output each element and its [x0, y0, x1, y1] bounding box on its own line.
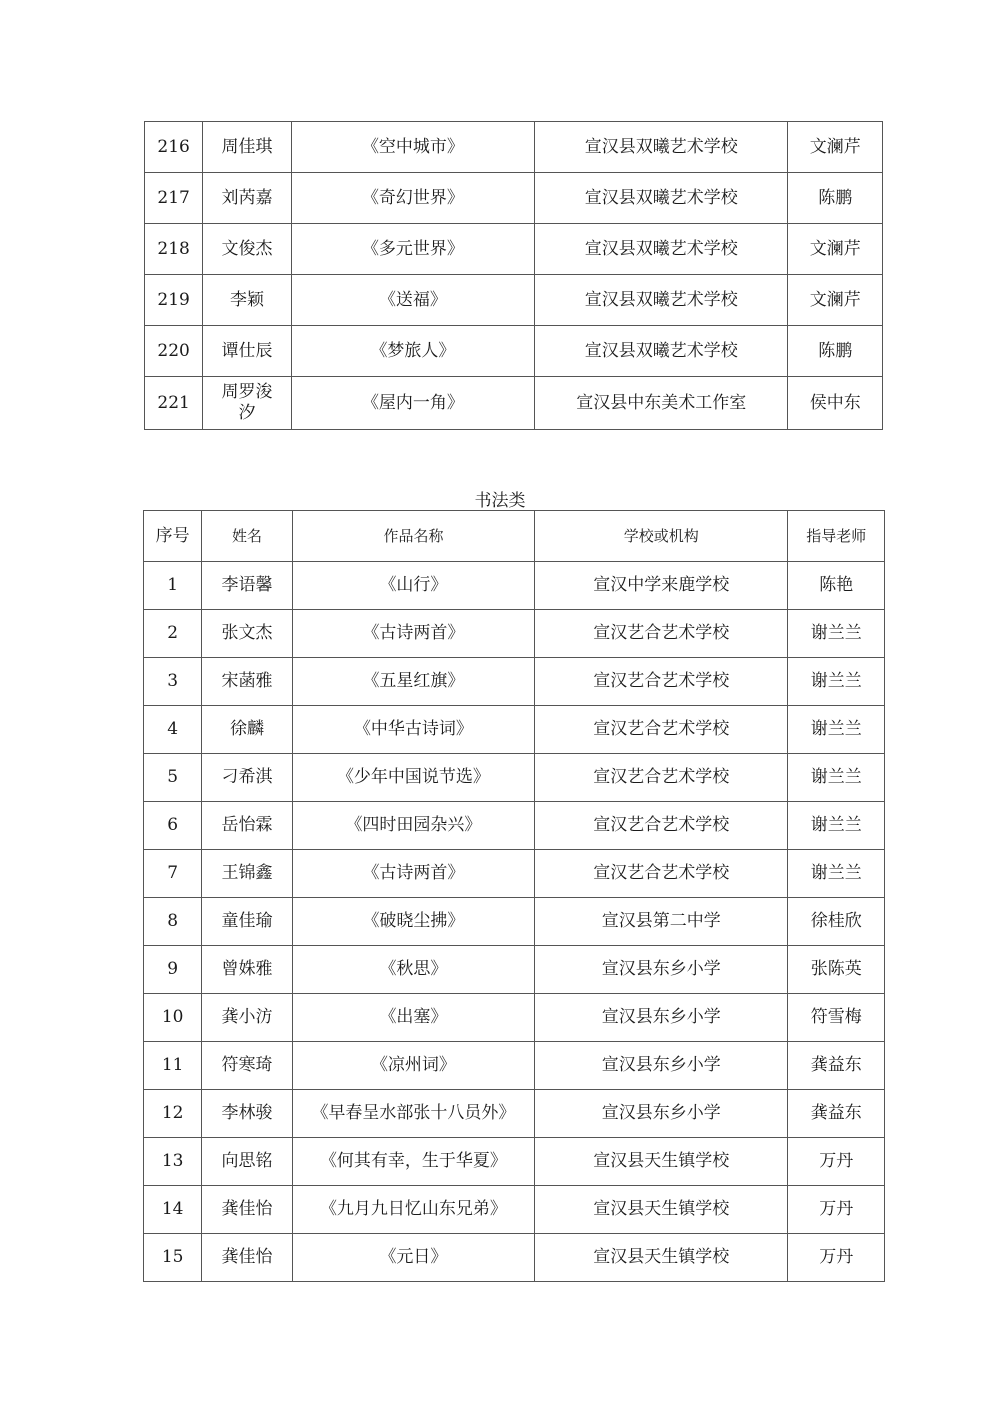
table-row: 221 周罗浚汐 《屋内一角》 宣汉县中东美术工作室 侯中东: [145, 377, 883, 430]
cell-no: 221: [145, 377, 203, 430]
cell-name: 李颖: [203, 275, 291, 326]
cell-no: 15: [144, 1234, 202, 1282]
cell-teacher: 谢兰兰: [788, 754, 885, 802]
cell-teacher: 文澜芹: [788, 122, 883, 173]
header-name: 姓名: [202, 511, 292, 562]
cell-no: 216: [145, 122, 203, 173]
cell-school: 宣汉艺合艺术学校: [535, 850, 788, 898]
table-row: 9 曾姝雅 《秋思》 宣汉县东乡小学 张陈英: [144, 946, 885, 994]
cell-no: 219: [145, 275, 203, 326]
table-row: 1 李语馨 《山行》 宣汉中学来鹿学校 陈艳: [144, 562, 885, 610]
cell-work: 《何其有幸，生于华夏》: [292, 1138, 534, 1186]
table-row: 13 向思铭 《何其有幸，生于华夏》 宣汉县天生镇学校 万丹: [144, 1138, 885, 1186]
cell-no: 2: [144, 610, 202, 658]
cell-no: 6: [144, 802, 202, 850]
cell-school: 宣汉艺合艺术学校: [535, 658, 788, 706]
cell-teacher: 陈艳: [788, 562, 885, 610]
cell-school: 宣汉县双曦艺术学校: [535, 173, 788, 224]
cell-work: 《梦旅人》: [291, 326, 534, 377]
cell-teacher: 符雪梅: [788, 994, 885, 1042]
cell-teacher: 文澜芹: [788, 275, 883, 326]
table-row: 220 谭仕辰 《梦旅人》 宣汉县双曦艺术学校 陈鹏: [145, 326, 883, 377]
cell-no: 5: [144, 754, 202, 802]
cell-name: 王锦鑫: [202, 850, 292, 898]
table-row: 217 刘芮嘉 《奇幻世界》 宣汉县双曦艺术学校 陈鹏: [145, 173, 883, 224]
cell-no: 7: [144, 850, 202, 898]
table-row: 12 李林骏 《早春呈水部张十八员外》 宣汉县东乡小学 龚益东: [144, 1090, 885, 1138]
cell-work: 《凉州词》: [292, 1042, 534, 1090]
cell-work: 《破晓尘拂》: [292, 898, 534, 946]
cell-no: 3: [144, 658, 202, 706]
cell-no: 220: [145, 326, 203, 377]
cell-name: 周罗浚汐: [203, 377, 291, 430]
cell-name: 符寒琦: [202, 1042, 292, 1090]
header-school: 学校或机构: [535, 511, 788, 562]
cell-name: 周佳琪: [203, 122, 291, 173]
cell-no: 11: [144, 1042, 202, 1090]
cell-work: 《多元世界》: [291, 224, 534, 275]
cell-school: 宣汉县东乡小学: [535, 1090, 788, 1138]
cell-teacher: 龚益东: [788, 1042, 885, 1090]
cell-name: 童佳瑜: [202, 898, 292, 946]
table-row: 11 符寒琦 《凉州词》 宣汉县东乡小学 龚益东: [144, 1042, 885, 1090]
cell-school: 宣汉中学来鹿学校: [535, 562, 788, 610]
cell-work: 《少年中国说节选》: [292, 754, 534, 802]
cell-name: 文俊杰: [203, 224, 291, 275]
cell-school: 宣汉县天生镇学校: [535, 1138, 788, 1186]
cell-no: 217: [145, 173, 203, 224]
cell-no: 10: [144, 994, 202, 1042]
cell-teacher: 谢兰兰: [788, 610, 885, 658]
table-row: 216 周佳琪 《空中城市》 宣汉县双曦艺术学校 文澜芹: [145, 122, 883, 173]
cell-name: 徐麟: [202, 706, 292, 754]
cell-no: 1: [144, 562, 202, 610]
cell-work: 《五星红旗》: [292, 658, 534, 706]
cell-name: 刁希淇: [202, 754, 292, 802]
cell-work: 《送福》: [291, 275, 534, 326]
cell-no: 218: [145, 224, 203, 275]
cell-no: 8: [144, 898, 202, 946]
cell-teacher: 徐桂欣: [788, 898, 885, 946]
table-row: 10 龚小汸 《出塞》 宣汉县东乡小学 符雪梅: [144, 994, 885, 1042]
cell-name: 张文杰: [202, 610, 292, 658]
painting-awards-table: 216 周佳琪 《空中城市》 宣汉县双曦艺术学校 文澜芹 217 刘芮嘉 《奇幻…: [144, 121, 883, 430]
cell-no: 13: [144, 1138, 202, 1186]
table-row: 218 文俊杰 《多元世界》 宣汉县双曦艺术学校 文澜芹: [145, 224, 883, 275]
cell-school: 宣汉县第二中学: [535, 898, 788, 946]
cell-teacher: 侯中东: [788, 377, 883, 430]
cell-name: 岳怡霖: [202, 802, 292, 850]
table-row: 14 龚佳怡 《九月九日忆山东兄弟》 宣汉县天生镇学校 万丹: [144, 1186, 885, 1234]
cell-name: 曾姝雅: [202, 946, 292, 994]
cell-school: 宣汉县天生镇学校: [535, 1234, 788, 1282]
cell-teacher: 陈鹏: [788, 326, 883, 377]
cell-work: 《中华古诗词》: [292, 706, 534, 754]
table-row: 5 刁希淇 《少年中国说节选》 宣汉艺合艺术学校 谢兰兰: [144, 754, 885, 802]
table-row: 2 张文杰 《古诗两首》 宣汉艺合艺术学校 谢兰兰: [144, 610, 885, 658]
cell-school: 宣汉县双曦艺术学校: [535, 275, 788, 326]
cell-name: 龚佳怡: [202, 1186, 292, 1234]
cell-work: 《空中城市》: [291, 122, 534, 173]
cell-work: 《古诗两首》: [292, 610, 534, 658]
table-row: 7 王锦鑫 《古诗两首》 宣汉艺合艺术学校 谢兰兰: [144, 850, 885, 898]
cell-name: 龚佳怡: [202, 1234, 292, 1282]
cell-work: 《九月九日忆山东兄弟》: [292, 1186, 534, 1234]
cell-work: 《早春呈水部张十八员外》: [292, 1090, 534, 1138]
header-no: 序号: [144, 511, 202, 562]
cell-teacher: 文澜芹: [788, 224, 883, 275]
cell-school: 宣汉县东乡小学: [535, 946, 788, 994]
cell-school: 宣汉县双曦艺术学校: [535, 224, 788, 275]
cell-name: 刘芮嘉: [203, 173, 291, 224]
cell-no: 9: [144, 946, 202, 994]
cell-name: 李语馨: [202, 562, 292, 610]
cell-no: 12: [144, 1090, 202, 1138]
cell-teacher: 万丹: [788, 1234, 885, 1282]
cell-teacher: 万丹: [788, 1186, 885, 1234]
cell-school: 宣汉县双曦艺术学校: [535, 122, 788, 173]
cell-school: 宣汉县中东美术工作室: [535, 377, 788, 430]
cell-no: 4: [144, 706, 202, 754]
cell-school: 宣汉县东乡小学: [535, 1042, 788, 1090]
table-row: 15 龚佳怡 《元日》 宣汉县天生镇学校 万丹: [144, 1234, 885, 1282]
cell-work: 《古诗两首》: [292, 850, 534, 898]
cell-name: 向思铭: [202, 1138, 292, 1186]
header-teacher: 指导老师: [788, 511, 885, 562]
cell-school: 宣汉县东乡小学: [535, 994, 788, 1042]
cell-work: 《元日》: [292, 1234, 534, 1282]
cell-school: 宣汉艺合艺术学校: [535, 610, 788, 658]
table-row: 3 宋菡雅 《五星红旗》 宣汉艺合艺术学校 谢兰兰: [144, 658, 885, 706]
cell-teacher: 陈鹏: [788, 173, 883, 224]
table-header-row: 序号 姓名 作品名称 学校或机构 指导老师: [144, 511, 885, 562]
cell-school: 宣汉县天生镇学校: [535, 1186, 788, 1234]
cell-school: 宣汉县双曦艺术学校: [535, 326, 788, 377]
cell-teacher: 谢兰兰: [788, 802, 885, 850]
table-row: 4 徐麟 《中华古诗词》 宣汉艺合艺术学校 谢兰兰: [144, 706, 885, 754]
cell-name: 龚小汸: [202, 994, 292, 1042]
cell-school: 宣汉艺合艺术学校: [535, 754, 788, 802]
section-title-calligraphy: 书法类: [0, 486, 1000, 511]
calligraphy-awards-table: 序号 姓名 作品名称 学校或机构 指导老师 1 李语馨 《山行》 宣汉中学来鹿学…: [143, 510, 885, 1282]
table-row: 6 岳怡霖 《四时田园杂兴》 宣汉艺合艺术学校 谢兰兰: [144, 802, 885, 850]
cell-work: 《奇幻世界》: [291, 173, 534, 224]
cell-name: 谭仕辰: [203, 326, 291, 377]
cell-teacher: 谢兰兰: [788, 850, 885, 898]
cell-no: 14: [144, 1186, 202, 1234]
cell-teacher: 龚益东: [788, 1090, 885, 1138]
cell-work: 《四时田园杂兴》: [292, 802, 534, 850]
header-work: 作品名称: [292, 511, 534, 562]
cell-work: 《出塞》: [292, 994, 534, 1042]
cell-teacher: 谢兰兰: [788, 658, 885, 706]
cell-name: 宋菡雅: [202, 658, 292, 706]
cell-name: 李林骏: [202, 1090, 292, 1138]
cell-school: 宣汉艺合艺术学校: [535, 706, 788, 754]
cell-teacher: 谢兰兰: [788, 706, 885, 754]
cell-school: 宣汉艺合艺术学校: [535, 802, 788, 850]
table-row: 8 童佳瑜 《破晓尘拂》 宣汉县第二中学 徐桂欣: [144, 898, 885, 946]
cell-work: 《秋思》: [292, 946, 534, 994]
cell-teacher: 万丹: [788, 1138, 885, 1186]
cell-teacher: 张陈英: [788, 946, 885, 994]
table-row: 219 李颖 《送福》 宣汉县双曦艺术学校 文澜芹: [145, 275, 883, 326]
cell-work: 《山行》: [292, 562, 534, 610]
cell-work: 《屋内一角》: [291, 377, 534, 430]
